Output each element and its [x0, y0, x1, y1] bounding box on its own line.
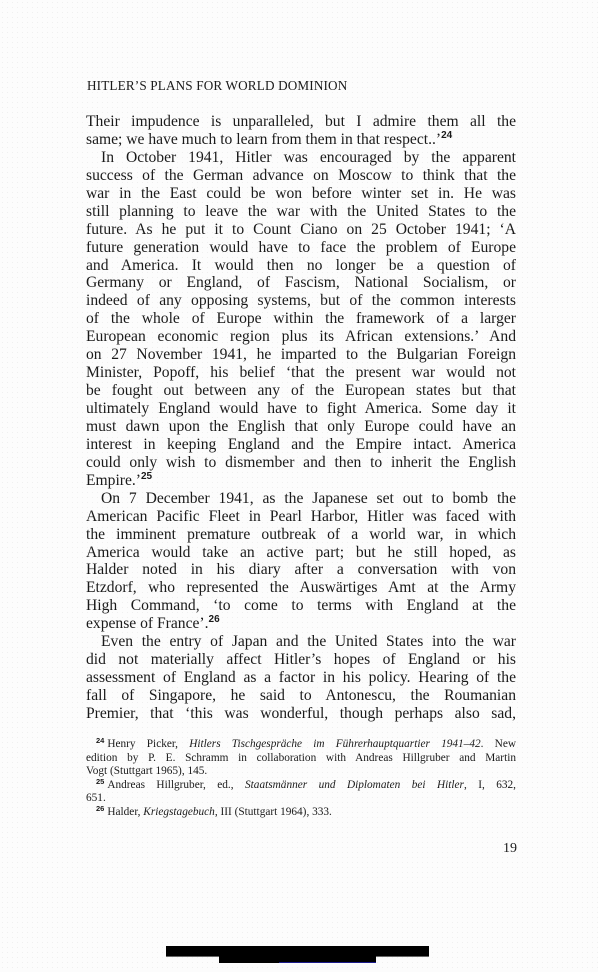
text-line-content: ultimately England would have to fight A…	[86, 400, 516, 417]
text-line: ultimately England would have to fight A…	[86, 400, 516, 418]
text-line: on 27 November 1941, he imparted to the …	[86, 346, 516, 364]
footnote-title: Hitlers Tischgespräche im Führerhauptqua…	[189, 738, 480, 750]
text-line: could only wish to dismember and then to…	[86, 454, 516, 472]
footnote-text: Henry Picker, Hitlers Tischgespräche im …	[107, 738, 516, 750]
footnote-line: Vogt (Stuttgart 1965), 145.	[86, 765, 516, 779]
text-line: Premier, that ‘this was wonderful, thoug…	[86, 705, 516, 723]
text-line-content: of the whole of Europe within the framew…	[86, 310, 516, 327]
text-line-content: In October 1941, Hitler was encouraged b…	[101, 149, 516, 166]
footnote-reference[interactable]: 25	[141, 471, 152, 482]
text-line: fall of Singapore, he said to Antonescu,…	[86, 687, 516, 705]
footnote-line: 25Andreas Hillgruber, ed., Staatsmänner …	[86, 779, 516, 793]
text-line: must dawn upon the English that only Eur…	[86, 418, 516, 436]
text-line-content: America would take an active part; but h…	[86, 544, 516, 561]
text-line-content: indeed of any opposing systems, but of t…	[86, 292, 516, 309]
running-head: HITLER’S PLANS FOR WORLD DOMINION	[87, 78, 347, 94]
text-line: Halder noted in his diary after a conver…	[86, 561, 516, 579]
text-line: success of the German advance on Moscow …	[86, 167, 516, 185]
text-line: High Command, ‘to come to terms with Eng…	[86, 597, 516, 615]
footnote-reference[interactable]: 24	[441, 130, 452, 141]
footnote-line: 651.	[86, 792, 516, 806]
text-line: future. As he put it to Count Ciano on 2…	[86, 221, 516, 239]
text-line: of the whole of Europe within the framew…	[86, 310, 516, 328]
text-line: Even the entry of Japan and the United S…	[86, 633, 516, 651]
text-line: In October 1941, Hitler was encouraged b…	[86, 149, 516, 167]
text-line-content: same; we have much to learn from them in…	[86, 131, 441, 148]
text-line-content: High Command, ‘to come to terms with Eng…	[86, 597, 516, 614]
text-line: America would take an active part; but h…	[86, 544, 516, 562]
text-line: did not materially affect Hitler’s hopes…	[86, 651, 516, 669]
text-line: interest in keeping England and the Empi…	[86, 436, 516, 454]
text-line-content: Their impudence is unparalleled, but I a…	[86, 113, 516, 130]
text-line: future generation would have to face the…	[86, 239, 516, 257]
text-line: Their impudence is unparalleled, but I a…	[86, 113, 516, 131]
footnote-line: 26Halder, Kriegstagebuch, III (Stuttgart…	[86, 806, 516, 820]
footnote-title: Staatsmänner und Diplomaten bei Hitler	[245, 779, 464, 791]
footnote-text: edition by P. E. Schramm in collaboratio…	[86, 752, 516, 764]
text-line-content: interest in keeping England and the Empi…	[86, 436, 516, 453]
text-line-content: assessment of England as a factor in his…	[86, 669, 516, 686]
text-line: be fought out between any of the Europea…	[86, 382, 516, 400]
text-line-content: and America. It would then no longer be …	[86, 257, 516, 274]
text-line-content: Even the entry of Japan and the United S…	[101, 633, 516, 650]
footnote-text: Vogt (Stuttgart 1965), 145.	[86, 765, 207, 777]
text-line: same; we have much to learn from them in…	[86, 131, 516, 149]
text-line-content: European economic region plus its Africa…	[86, 328, 516, 345]
footnote-number: 24	[96, 736, 104, 745]
text-line-content: must dawn upon the English that only Eur…	[86, 418, 516, 435]
text-line-content: On 7 December 1941, as the Japanese set …	[101, 490, 516, 507]
text-line-content: success of the German advance on Moscow …	[86, 167, 516, 184]
text-line-content: the imminent premature outbreak of a wor…	[86, 526, 516, 543]
text-line-content: American Pacific Fleet in Pearl Harbor, …	[86, 508, 516, 525]
text-line-content: Germany or England, of Fascism, National…	[86, 274, 516, 291]
footnote-line: 24Henry Picker, Hitlers Tischgespräche i…	[86, 738, 516, 752]
text-line: indeed of any opposing systems, but of t…	[86, 292, 516, 310]
text-line-content: expense of France’.	[86, 615, 209, 632]
text-line-content: Premier, that ‘this was wonderful, thoug…	[86, 705, 516, 722]
footnotes: 24Henry Picker, Hitlers Tischgespräche i…	[86, 738, 516, 820]
text-line: Germany or England, of Fascism, National…	[86, 274, 516, 292]
text-line: European economic region plus its Africa…	[86, 328, 516, 346]
text-line-content: Empire.’	[86, 472, 141, 489]
text-line: and America. It would then no longer be …	[86, 257, 516, 275]
bottom-bar-lower	[219, 956, 376, 963]
text-line-content: still planning to leave the war with the…	[86, 203, 516, 220]
text-line-content: fall of Singapore, he said to Antonescu,…	[86, 687, 516, 704]
text-line-content: war in the East could be won before wint…	[86, 185, 516, 202]
text-line: assessment of England as a factor in his…	[86, 669, 516, 687]
text-line: On 7 December 1941, as the Japanese set …	[86, 490, 516, 508]
footnote-number: 25	[96, 777, 104, 786]
text-line-content: could only wish to dismember and then to…	[86, 454, 516, 471]
text-line: the imminent premature outbreak of a wor…	[86, 526, 516, 544]
text-line-content: did not materially affect Hitler’s hopes…	[86, 651, 516, 668]
body-text: Their impudence is unparalleled, but I a…	[86, 113, 516, 723]
text-line: Etzdorf, who represented the Auswärtiges…	[86, 579, 516, 597]
footnote-line: edition by P. E. Schramm in collaboratio…	[86, 752, 516, 766]
text-line: American Pacific Fleet in Pearl Harbor, …	[86, 508, 516, 526]
footnote-text: 651.	[86, 792, 106, 804]
text-line-content: be fought out between any of the Europea…	[86, 382, 516, 399]
footnote-number: 26	[96, 804, 104, 813]
text-line: war in the East could be won before wint…	[86, 185, 516, 203]
footnote-text: Halder, Kriegstagebuch, III (Stuttgart 1…	[107, 806, 332, 818]
document-page: HITLER’S PLANS FOR WORLD DOMINION Their …	[0, 0, 598, 972]
bottom-bar-accent-line	[279, 962, 376, 963]
text-line-content: Etzdorf, who represented the Auswärtiges…	[86, 579, 516, 596]
footnote-title: Kriegstagebuch	[143, 806, 215, 818]
text-line: Minister, Popoff, his belief ‘that the p…	[86, 364, 516, 382]
page-number: 19	[503, 841, 517, 857]
text-line-content: future generation would have to face the…	[86, 239, 516, 256]
footnote-reference[interactable]: 26	[209, 614, 220, 625]
text-line-content: on 27 November 1941, he imparted to the …	[86, 346, 516, 363]
text-line-content: Minister, Popoff, his belief ‘that the p…	[86, 364, 516, 381]
footnote-text: Andreas Hillgruber, ed., Staatsmänner un…	[107, 779, 516, 791]
text-line: still planning to leave the war with the…	[86, 203, 516, 221]
text-line: Empire.’25	[86, 472, 516, 490]
text-line-content: Halder noted in his diary after a conver…	[86, 561, 516, 578]
text-line-content: future. As he put it to Count Ciano on 2…	[86, 221, 516, 238]
text-line: expense of France’.26	[86, 615, 516, 633]
